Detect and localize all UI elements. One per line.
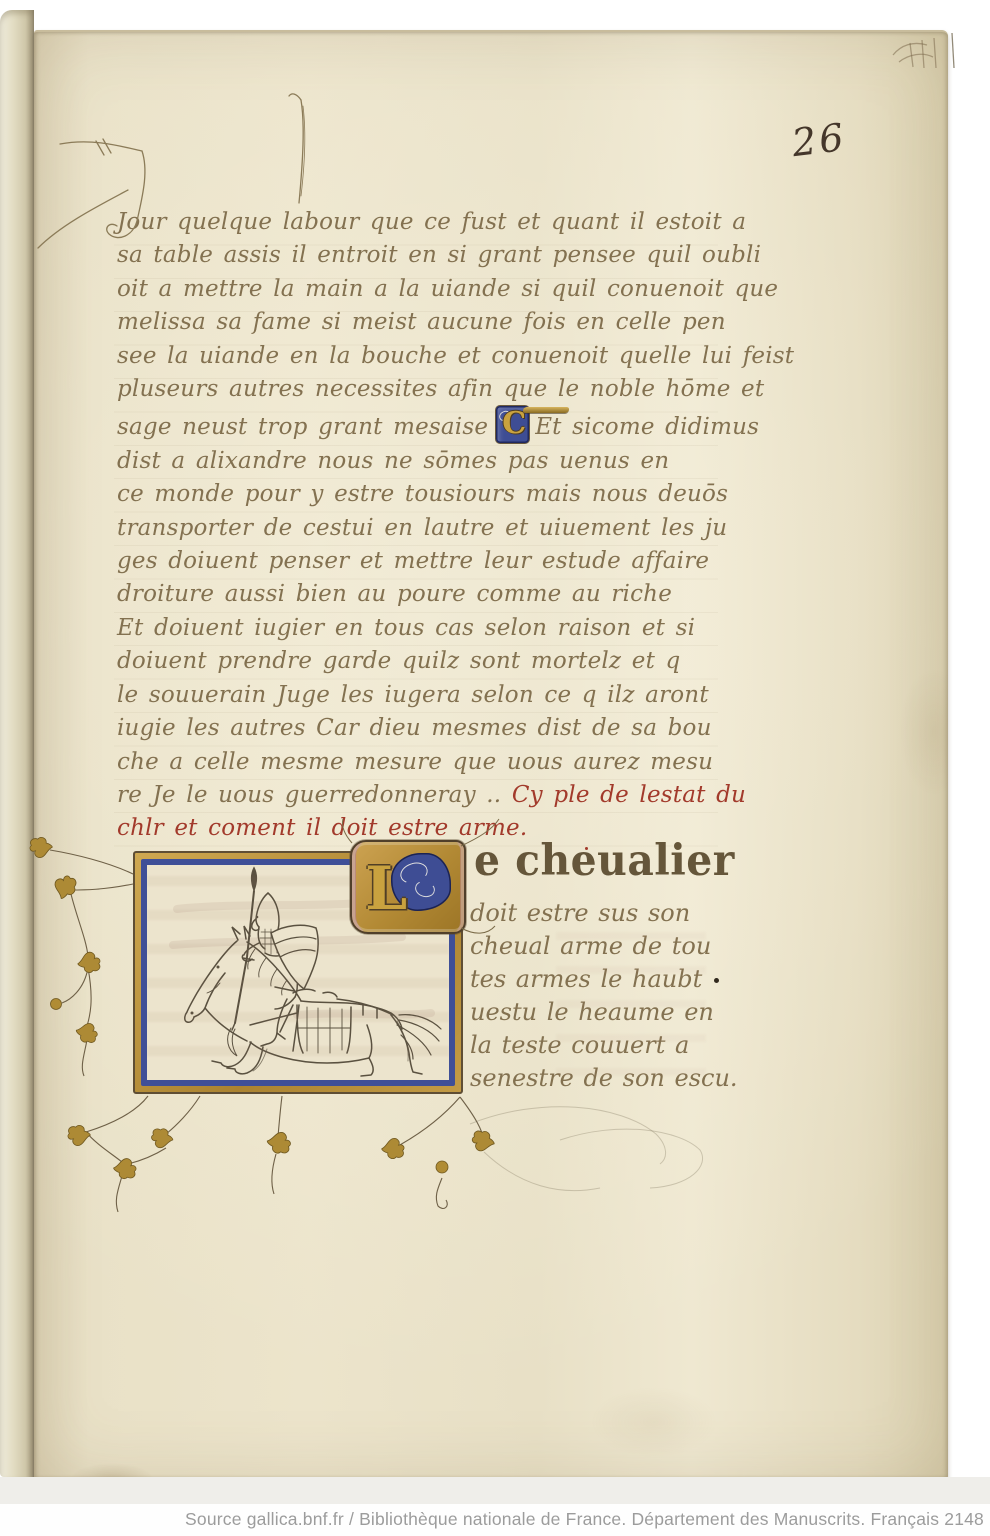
text-line: iugie les autres Car dieu mesmes dist de… (117, 712, 721, 745)
rubric-line: Cy ple de lestat du (512, 782, 746, 808)
text-line: che a celle mesme mesure que uous aurez … (117, 746, 721, 779)
text-line: transporter de cestui en lautre et uiuem… (117, 512, 721, 545)
text-line-with-initial: sage neust trop grant mesaiseCEt sicome … (117, 406, 721, 444)
scan-edge-strip (0, 1477, 990, 1504)
red-speck (585, 847, 588, 850)
initial-letter: C (502, 405, 526, 442)
text-line: Et sicome didimus (535, 414, 759, 440)
text-line: ges doiuent penser et mettre leur estude… (117, 545, 721, 578)
source-caption-bar: Source gallica.bnf.fr / Bibliothèque nat… (0, 1504, 990, 1536)
illuminated-initial-L: L (350, 840, 466, 934)
text-line: doiuent prendre garde quilz sont mortelz… (117, 645, 721, 678)
text-line: re Je le uous guerredonneray .. (117, 782, 501, 808)
text-line-with-rubric: re Je le uous guerredonneray .. Cy ple d… (117, 779, 721, 812)
ink-bleedthrough (556, 920, 706, 1100)
text-line: Jour quelque labour que ce fust et quant… (117, 206, 721, 239)
chapter-heading: e cheualier (474, 836, 735, 886)
text-line: oit a mettre la main a la uiande si quil… (117, 273, 721, 306)
text-line: dist a alixandre nous ne sōmes pas uenus… (117, 445, 721, 478)
main-text-block: Jour quelque labour que ce fust et quant… (117, 206, 721, 846)
text-line: droiture aussi bien au poure comme au ri… (117, 578, 721, 611)
text-line: pluseurs autres necessites afin que le n… (117, 373, 721, 406)
text-line: melissa sa fame si meist aucune fois en … (117, 306, 721, 339)
ink-speck (714, 978, 719, 983)
text-line: see la uiande en la bouche et conuenoit … (117, 340, 721, 373)
initial-letter: L (365, 846, 407, 932)
text-line: sa table assis il entroit en si grant pe… (117, 239, 721, 272)
source-caption-text: Source gallica.bnf.fr / Bibliothèque nat… (0, 1504, 990, 1534)
text-line: ce monde pour y estre tousiours mais nou… (117, 478, 721, 511)
underlying-folio-edge (0, 10, 34, 1477)
champ-initial-c: C (496, 406, 529, 443)
text-line: sage neust trop grant mesaise (117, 414, 488, 440)
manuscript-scan-page: 26 Jour quelque labour que ce fust et qu… (0, 0, 990, 1536)
text-line: Et doiuent iugier en tous cas selon rais… (117, 612, 721, 645)
folio-number: 26 (790, 115, 849, 165)
text-line: le souuerain Juge les iugera selon ce q … (117, 679, 721, 712)
